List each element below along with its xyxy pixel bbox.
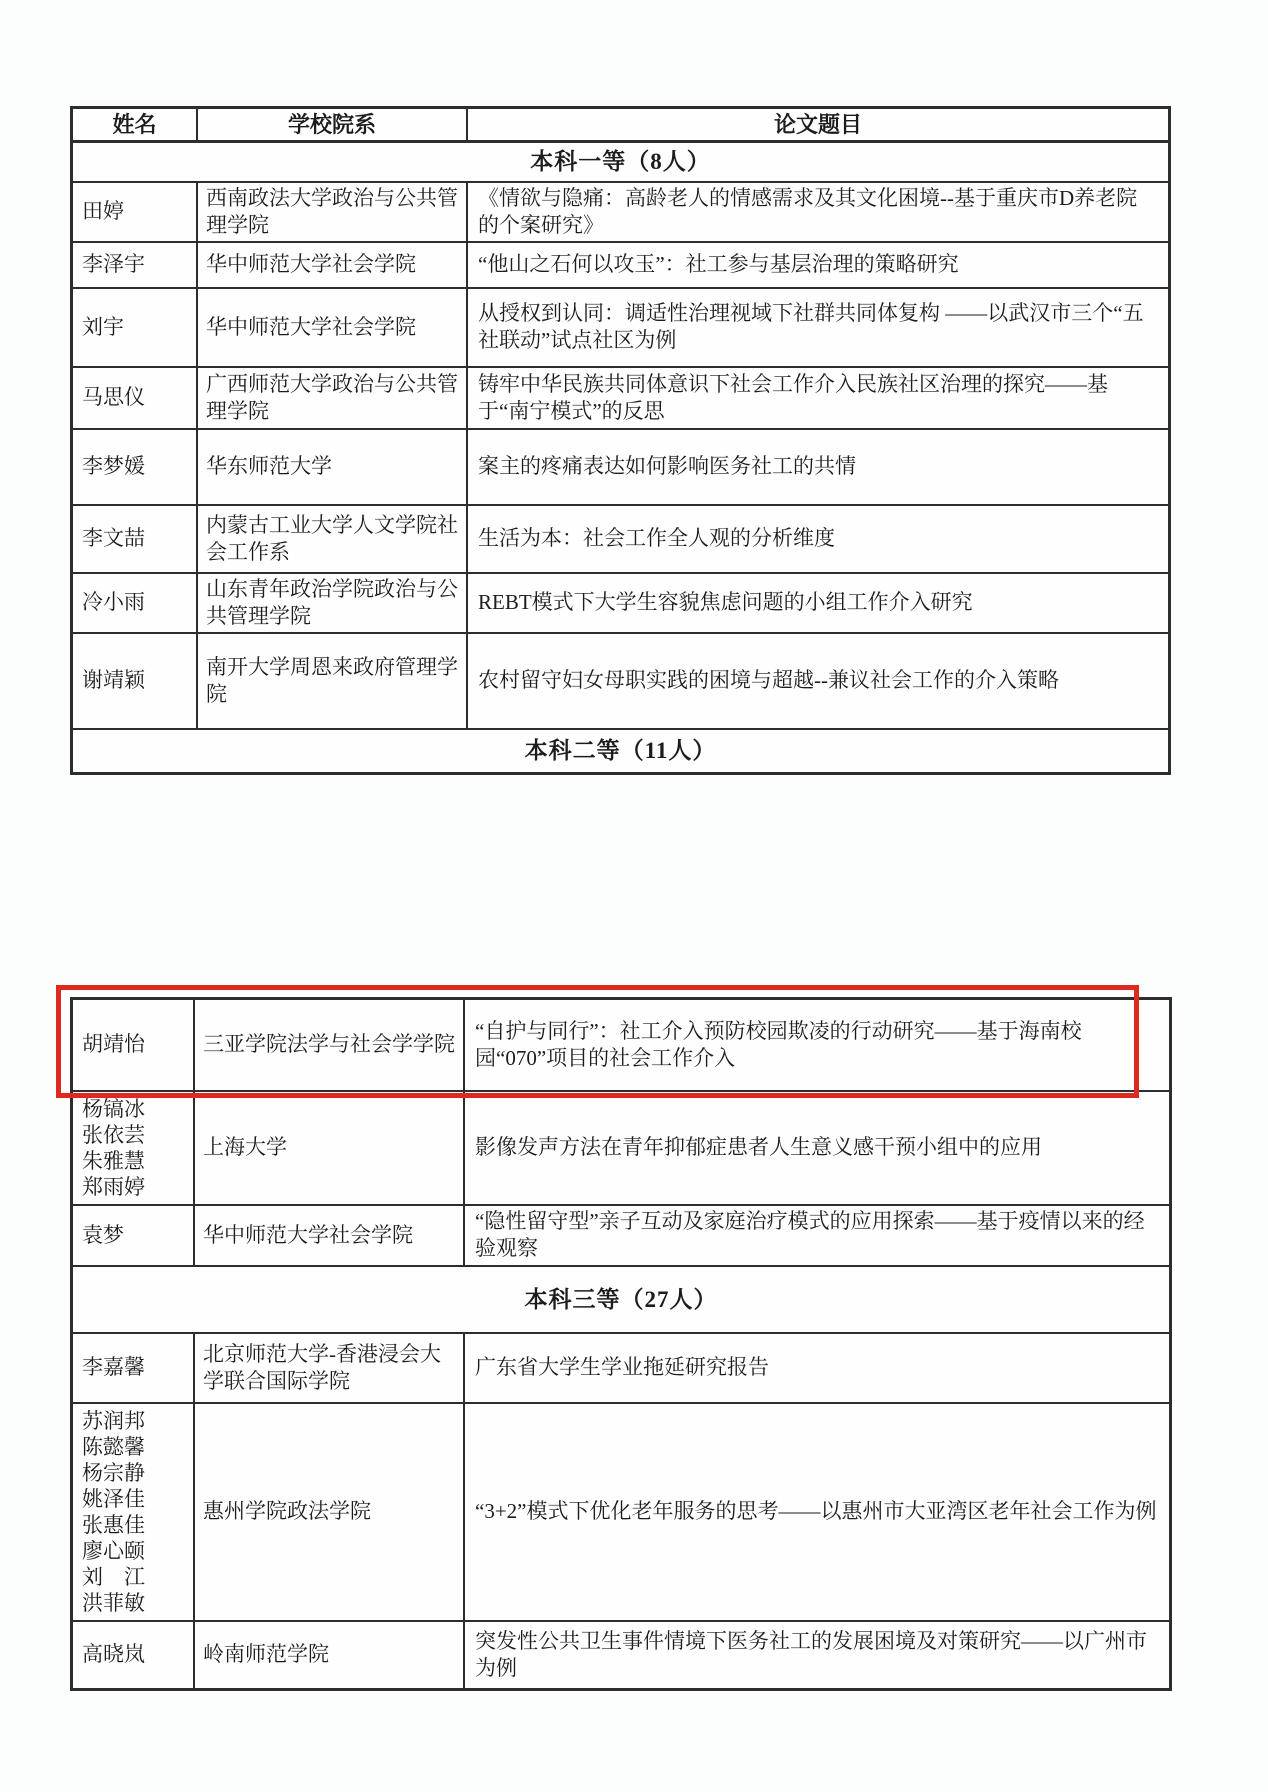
column-header-name: 姓名 [72, 108, 198, 142]
school-cell: 内蒙古工业大学人文学院社会工作系 [197, 505, 467, 573]
name-cell: 高晓岚 [72, 1621, 195, 1690]
title-cell: “自护与同行”：社工介入预防校园欺凌的行动研究——基于海南校园“070”项目的社… [464, 999, 1171, 1091]
title-cell: 从授权到认同：调适性治理视域下社群共同体复构 ——以武汉市三个“五社联动”试点社… [467, 288, 1170, 367]
table-row: 田婷 西南政法大学政治与公共管理学院 《情欲与隐痛：高龄老人的情感需求及其文化困… [72, 182, 1170, 242]
school-cell: 华东师范大学 [197, 429, 467, 505]
section-header-second-class: 本科二等（11人） [72, 729, 1170, 774]
section-header-first-class: 本科一等（8人） [72, 142, 1170, 182]
award-table-lower: 胡靖怡 三亚学院法学与社会学学院 “自护与同行”：社工介入预防校园欺凌的行动研究… [70, 997, 1172, 1691]
school-cell: 惠州学院政法学院 [194, 1403, 464, 1621]
name-cell: 李泽宇 [72, 242, 198, 288]
table-row: 杨镐冰 张依芸 朱雅慧 郑雨婷 上海大学 影像发声方法在青年抑郁症患者人生意义感… [72, 1091, 1171, 1205]
title-cell: 《情欲与隐痛：高龄老人的情感需求及其文化困境--基于重庆市D养老院的个案研究》 [467, 182, 1170, 242]
title-cell: 影像发声方法在青年抑郁症患者人生意义感干预小组中的应用 [464, 1091, 1171, 1205]
table-row: 袁梦 华中师范大学社会学院 “隐性留守型”亲子互动及家庭治疗模式的应用探索——基… [72, 1205, 1171, 1266]
title-cell: 突发性公共卫生事件情境下医务社工的发展困境及对策研究——以广州市为例 [464, 1621, 1171, 1690]
name-cell: 杨镐冰 张依芸 朱雅慧 郑雨婷 [72, 1091, 195, 1205]
table-row: 苏润邦 陈懿馨 杨宗静 姚泽佳 张惠佳 廖心颐 刘 江 洪菲敏 惠州学院政法学院… [72, 1403, 1171, 1621]
name-cell: 李文喆 [72, 505, 198, 573]
name-cell: 冷小雨 [72, 573, 198, 633]
school-cell: 华中师范大学社会学院 [197, 288, 467, 367]
section-header-third-class: 本科三等（27人） [72, 1266, 1171, 1333]
title-cell: “他山之石何以攻玉”：社工参与基层治理的策略研究 [467, 242, 1170, 288]
name-cell: 李梦媛 [72, 429, 198, 505]
award-table-upper: 姓名 学校院系 论文题目 本科一等（8人） 田婷 西南政法大学政治与公共管理学院… [70, 106, 1171, 775]
name-cell: 马思仪 [72, 367, 198, 429]
school-cell: 华中师范大学社会学院 [194, 1205, 464, 1266]
name-cell: 苏润邦 陈懿馨 杨宗静 姚泽佳 张惠佳 廖心颐 刘 江 洪菲敏 [72, 1403, 195, 1621]
section-row: 本科三等（27人） [72, 1266, 1171, 1333]
title-cell: REBT模式下大学生容貌焦虑问题的小组工作介入研究 [467, 573, 1170, 633]
school-cell: 广西师范大学政治与公共管理学院 [197, 367, 467, 429]
column-header-school: 学校院系 [197, 108, 467, 142]
table-row: 高晓岚 岭南师范学院 突发性公共卫生事件情境下医务社工的发展困境及对策研究——以… [72, 1621, 1171, 1690]
title-cell: 广东省大学生学业拖延研究报告 [464, 1333, 1171, 1403]
table-row: 李文喆 内蒙古工业大学人文学院社会工作系 生活为本：社会工作全人观的分析维度 [72, 505, 1170, 573]
title-cell: 农村留守妇女母职实践的困境与超越--兼议社会工作的介入策略 [467, 633, 1170, 729]
section-row: 本科一等（8人） [72, 142, 1170, 182]
title-cell: 生活为本：社会工作全人观的分析维度 [467, 505, 1170, 573]
table-header-row: 姓名 学校院系 论文题目 [72, 108, 1170, 142]
column-header-title: 论文题目 [467, 108, 1170, 142]
school-cell: 三亚学院法学与社会学学院 [194, 999, 464, 1091]
school-cell: 西南政法大学政治与公共管理学院 [197, 182, 467, 242]
school-cell: 岭南师范学院 [194, 1621, 464, 1690]
table-row: 李嘉馨 北京师范大学-香港浸会大学联合国际学院 广东省大学生学业拖延研究报告 [72, 1333, 1171, 1403]
school-cell: 山东青年政治学院政治与公共管理学院 [197, 573, 467, 633]
name-cell: 李嘉馨 [72, 1333, 195, 1403]
table-row: 李泽宇 华中师范大学社会学院 “他山之石何以攻玉”：社工参与基层治理的策略研究 [72, 242, 1170, 288]
name-cell: 刘宇 [72, 288, 198, 367]
school-cell: 上海大学 [194, 1091, 464, 1205]
title-cell: 铸牢中华民族共同体意识下社会工作介入民族社区治理的探究——基于“南宁模式”的反思 [467, 367, 1170, 429]
title-cell: “3+2”模式下优化老年服务的思考——以惠州市大亚湾区老年社会工作为例 [464, 1403, 1171, 1621]
title-cell: “隐性留守型”亲子互动及家庭治疗模式的应用探索——基于疫情以来的经验观察 [464, 1205, 1171, 1266]
section-row: 本科二等（11人） [72, 729, 1170, 774]
name-cell: 胡靖怡 [72, 999, 195, 1091]
school-cell: 华中师范大学社会学院 [197, 242, 467, 288]
name-cell: 袁梦 [72, 1205, 195, 1266]
name-cell: 谢靖颖 [72, 633, 198, 729]
table-row: 李梦媛 华东师范大学 案主的疼痛表达如何影响医务社工的共情 [72, 429, 1170, 505]
school-cell: 北京师范大学-香港浸会大学联合国际学院 [194, 1333, 464, 1403]
table-row: 刘宇 华中师范大学社会学院 从授权到认同：调适性治理视域下社群共同体复构 ——以… [72, 288, 1170, 367]
table-row-highlighted: 胡靖怡 三亚学院法学与社会学学院 “自护与同行”：社工介入预防校园欺凌的行动研究… [72, 999, 1171, 1091]
page: 姓名 学校院系 论文题目 本科一等（8人） 田婷 西南政法大学政治与公共管理学院… [0, 0, 1268, 1792]
table-row: 冷小雨 山东青年政治学院政治与公共管理学院 REBT模式下大学生容貌焦虑问题的小… [72, 573, 1170, 633]
table-row: 马思仪 广西师范大学政治与公共管理学院 铸牢中华民族共同体意识下社会工作介入民族… [72, 367, 1170, 429]
school-cell: 南开大学周恩来政府管理学院 [197, 633, 467, 729]
table-row: 谢靖颖 南开大学周恩来政府管理学院 农村留守妇女母职实践的困境与超越--兼议社会… [72, 633, 1170, 729]
title-cell: 案主的疼痛表达如何影响医务社工的共情 [467, 429, 1170, 505]
name-cell: 田婷 [72, 182, 198, 242]
